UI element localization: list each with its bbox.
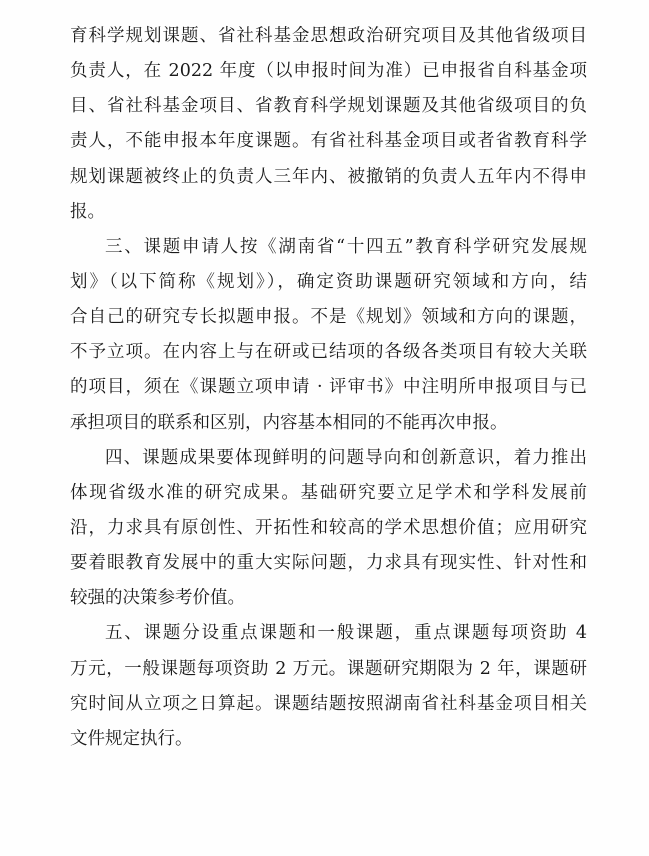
text-line: 较强的决策参考价值。 [70, 581, 587, 616]
text-line: 究时间从立项之日算起。课题结题按照湖南省社科基金项目相关 [70, 687, 587, 722]
text-line: 育科学规划课题、省社科基金思想政治研究项目及其他省级项目 [70, 19, 587, 54]
text-line: 体现省级水准的研究成果。基础研究要立足学术和学科发展前 [70, 476, 587, 511]
text-line: 报。 [70, 195, 587, 230]
paragraph-5-funding: 五、课题分设重点课题和一般课题，重点课题每项资助 4 万元，一般课题每项资助 2… [70, 616, 587, 757]
text-line: 划》（以下简称《规划》），确定资助课题研究领域和方向，结 [70, 265, 587, 300]
text-line: 的项目，须在《课题立项申请 · 评审书》中注明所申报项目与已 [70, 370, 587, 405]
text-line: 三、课题申请人按《湖南省“十四五”教育科学研究发展规 [70, 230, 587, 265]
text-line: 四、课题成果要体现鲜明的问题导向和创新意识，着力推出 [70, 441, 587, 476]
text-line: 要着眼教育发展中的重大实际问题，力求具有现实性、针对性和 [70, 546, 587, 581]
text-line: 不予立项。在内容上与在研或已结项的各级各类项目有较大关联 [70, 335, 587, 370]
text-line: 规划课题被终止的负责人三年内、被撤销的负责人五年内不得申 [70, 160, 587, 195]
text-line: 合自己的研究专长拟题申报。不是《规划》领域和方向的课题， [70, 300, 587, 335]
document-body: 育科学规划课题、省社科基金思想政治研究项目及其他省级项目 负责人，在 2022 … [70, 19, 587, 757]
paragraph-eligibility-continued: 育科学规划课题、省社科基金思想政治研究项目及其他省级项目 负责人，在 2022 … [70, 19, 587, 230]
text-line: 文件规定执行。 [70, 722, 587, 757]
paragraph-4-research-outcomes: 四、课题成果要体现鲜明的问题导向和创新意识，着力推出 体现省级水准的研究成果。基… [70, 441, 587, 617]
text-line: 沿，力求具有原创性、开拓性和较高的学术思想价值；应用研究 [70, 511, 587, 546]
text-line: 承担项目的联系和区别，内容基本相同的不能再次申报。 [70, 406, 587, 441]
text-line: 责人，不能申报本年度课题。有省社科基金项目或者省教育科学 [70, 124, 587, 159]
text-line: 万元，一般课题每项资助 2 万元。课题研究期限为 2 年，课题研 [70, 652, 587, 687]
text-line: 五、课题分设重点课题和一般课题，重点课题每项资助 4 [70, 616, 587, 651]
document-page: 育科学规划课题、省社科基金思想政治研究项目及其他省级项目 负责人，在 2022 … [0, 0, 649, 856]
text-line: 目、省社科基金项目、省教育科学规划课题及其他省级项目的负 [70, 89, 587, 124]
text-line: 负责人，在 2022 年度（以申报时间为准）已申报省自科基金项 [70, 54, 587, 89]
paragraph-3-research-scope: 三、课题申请人按《湖南省“十四五”教育科学研究发展规 划》（以下简称《规划》），… [70, 230, 587, 441]
